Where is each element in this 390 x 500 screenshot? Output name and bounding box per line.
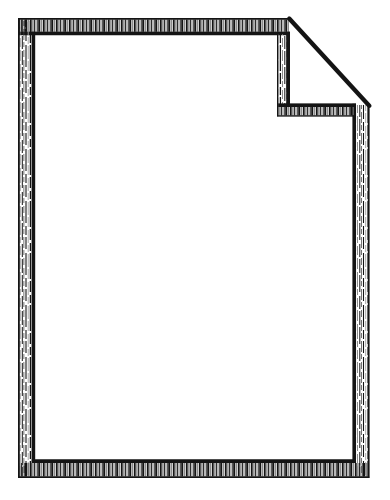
bottom-border-hatch-band — [20, 463, 368, 476]
left-border-outer-line — [18, 18, 20, 478]
right-border-hatch-band — [356, 105, 368, 476]
left-border-hatch-band — [20, 20, 32, 476]
bottom-border-inner-line — [32, 459, 356, 463]
fold-notch-horizontal-thin-line — [277, 115, 355, 116]
top-border-outer-line — [18, 18, 291, 20]
fold-notch-vertical-hatch — [278, 34, 286, 107]
top-border-hatch-band — [20, 20, 290, 32]
fold-notch-horizontal-thick-line — [278, 103, 356, 107]
fold-notch-vertical-thin-line — [277, 33, 278, 117]
paper-background — [0, 0, 390, 500]
document-page-icon — [0, 0, 390, 500]
right-border-inner-line — [352, 103, 356, 463]
fold-notch-horizontal-hatch — [278, 107, 354, 115]
bottom-border-outer-line — [18, 476, 370, 478]
right-border-outer-line — [368, 103, 370, 478]
top-border-inner-line — [18, 32, 290, 36]
left-border-inner-line — [32, 32, 36, 463]
fold-notch-vertical-thick-line — [286, 32, 290, 107]
blank-document-figure — [0, 0, 390, 500]
